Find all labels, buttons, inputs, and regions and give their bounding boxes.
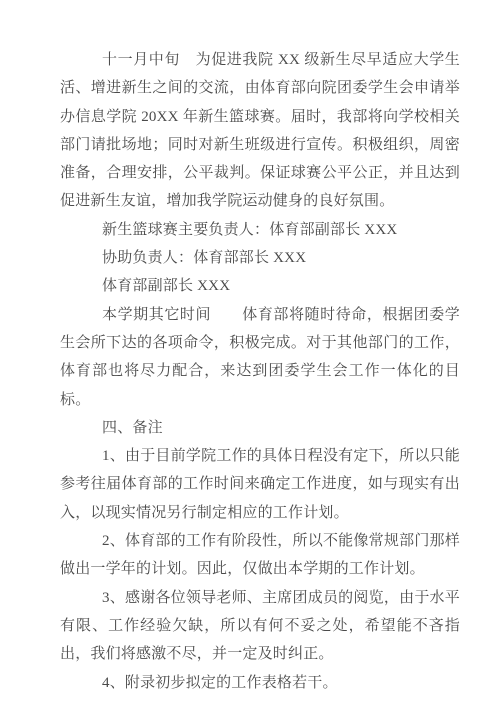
paragraph: 十一月中旬 为促进我院 XX 级新生尽早适应大学生活、增进新生之间的交流，由体育… xyxy=(60,46,460,216)
document-page: 十一月中旬 为促进我院 XX 级新生尽早适应大学生活、增进新生之间的交流，由体育… xyxy=(0,0,500,708)
paragraph: 3、感谢各位领导老师、主席团成员的阅览，由于水平有限、工作经验欠缺，所以有何不妥… xyxy=(60,584,460,669)
paragraph: 体育部副部长 XXX xyxy=(60,272,460,300)
paragraph: 本学期其它时间 体育部将随时待命，根据团委学生会所下达的各项命令，积极完成。对于… xyxy=(60,301,460,414)
paragraph: 1、由于目前学院工作的具体日程没有定下，所以只能参考往届体育部的工作时间来确定工… xyxy=(60,442,460,527)
paragraph: 4、附录初步拟定的工作表格若干。 xyxy=(60,669,460,697)
paragraph: 四、备注 xyxy=(60,414,460,442)
document-body: 十一月中旬 为促进我院 XX 级新生尽早适应大学生活、增进新生之间的交流，由体育… xyxy=(60,46,460,697)
paragraph: 2、体育部的工作有阶段性，所以不能像常规部门那样做出一学年的计划。因此，仅做出本… xyxy=(60,527,460,584)
paragraph: 新生篮球赛主要负责人：体育部副部长 XXX xyxy=(60,216,460,244)
paragraph: 协助负责人：体育部部长 XXX xyxy=(60,244,460,272)
